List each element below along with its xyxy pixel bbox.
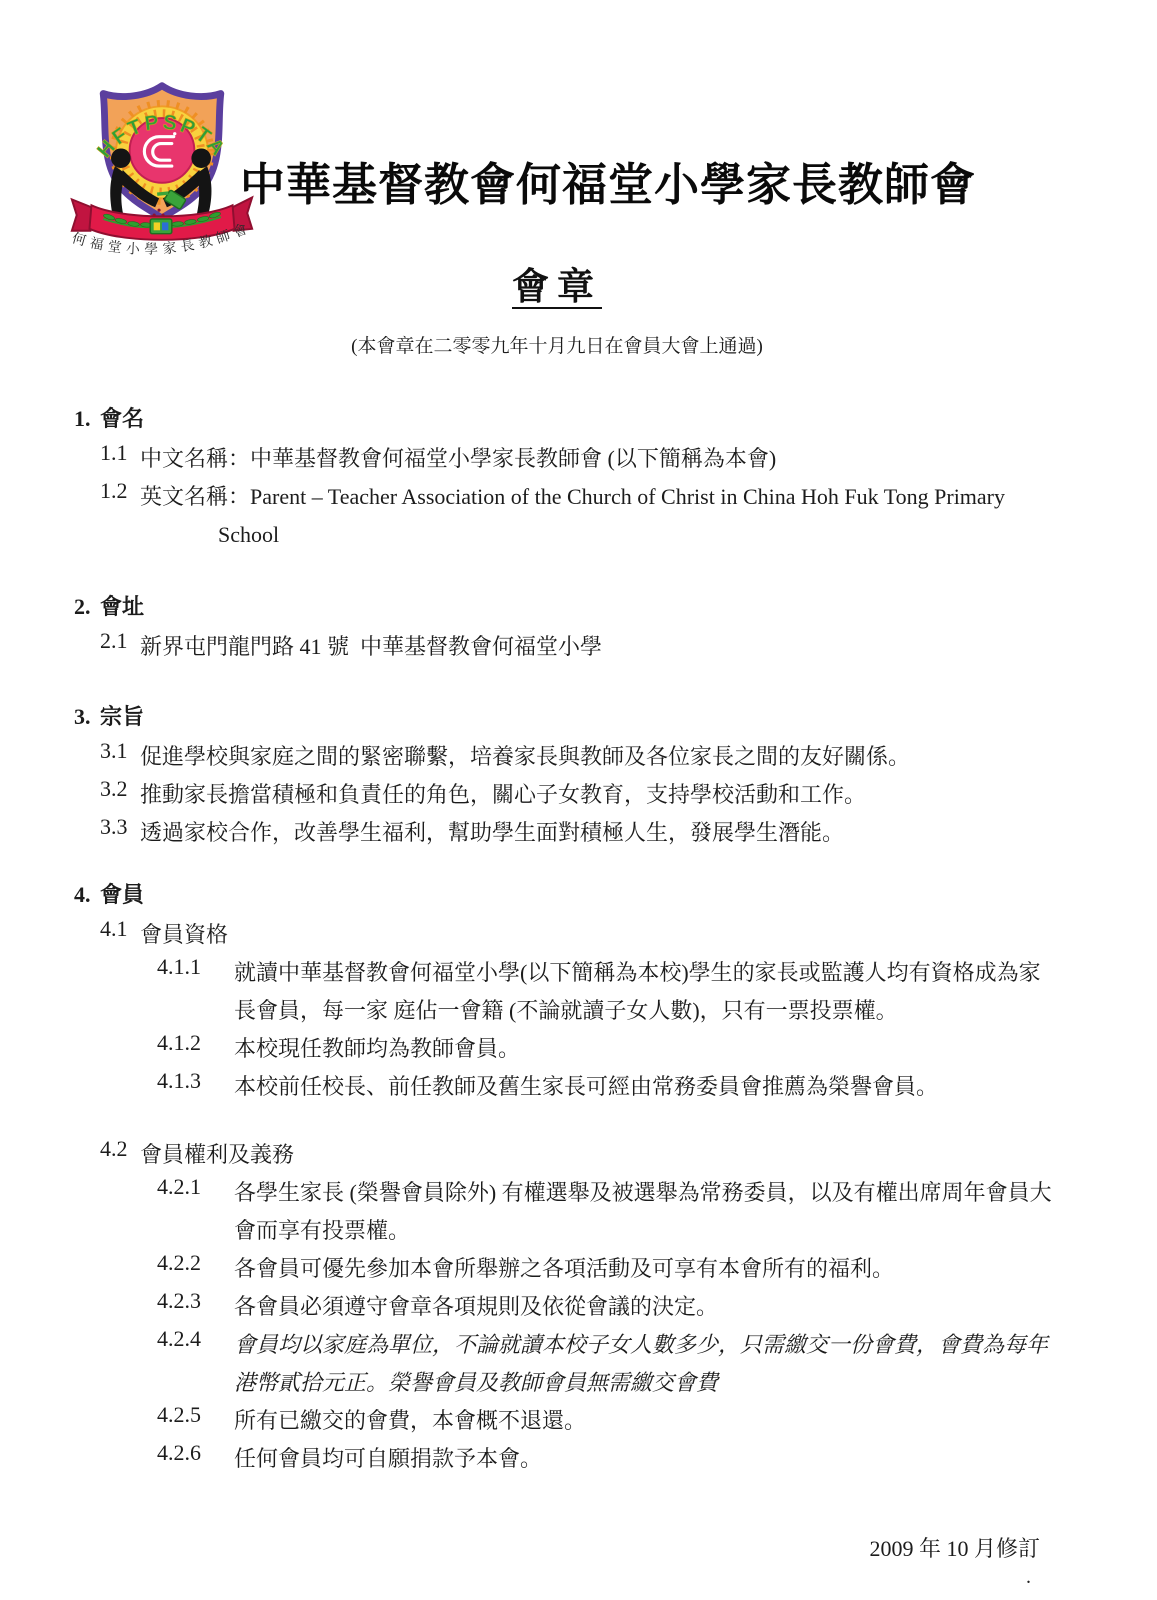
clause-4-2-3: 4.2.3 各會員必須遵守會章各項規則及依從會議的決定。 xyxy=(74,1288,1040,1326)
clause-text: 本校現任教師均為教師會員。 xyxy=(234,1030,1040,1068)
clause-number: 3.2 xyxy=(100,776,140,802)
organization-title: 中華基督教會何福堂小學家長教師會 xyxy=(240,148,1140,213)
clause-text: 各學生家長 (榮譽會員除外) 有權選舉及被選舉為常務委員，以及有權出席周年會員大… xyxy=(234,1174,1052,1250)
clause-3-3: 3.3 透過家校合作，改善學生福利，幫助學生面對積極人生，發展學生潛能。 xyxy=(74,814,1040,852)
clause-number: 4.2.6 xyxy=(157,1440,234,1466)
clause-number: 4.2.4 xyxy=(157,1326,234,1352)
clause-text: 推動家長擔當積極和負責任的角色，關心子女教育，支持學校活動和工作。 xyxy=(140,776,1040,814)
section-4: 4.會員 4.1 會員資格 4.1.1 就讀中華基督教會何福堂小學(以下簡稱為本… xyxy=(74,874,1040,1106)
section-1: 1.會名 1.1 中文名稱：中華基督教會何福堂小學家長教師會 (以下簡稱為本會)… xyxy=(74,398,1040,554)
clause-4-1-3: 4.1.3 本校前任校長、前任教師及舊生家長可經由常務委員會推薦為榮譽會員。 xyxy=(74,1068,1040,1106)
ribbon-buckle xyxy=(150,219,172,234)
clause-text: 會員資格 xyxy=(140,916,1040,954)
clause-number: 3.1 xyxy=(100,738,140,764)
clause-text: 就讀中華基督教會何福堂小學(以下簡稱為本校)學生的家長或監護人均有資格成為家 長… xyxy=(234,954,1041,1030)
clause-3-2: 3.2 推動家長擔當積極和負責任的角色，關心子女教育，支持學校活動和工作。 xyxy=(74,776,1040,814)
clause-text: 會員權利及義務 xyxy=(140,1136,1040,1174)
document-page: HFTPSPTA 何福堂小學家長教師會 中華基督教會何福堂小學家長教師會 會章 … xyxy=(0,0,1157,1600)
clause-text: 會員均以家庭為單位，不論就讀本校子女人數多少，只需繳交一份會費，會費為每年 港幣… xyxy=(234,1326,1048,1402)
revision-note: 2009 年 10 月修訂 xyxy=(74,1532,1040,1563)
section-heading: 3.宗旨 xyxy=(74,696,1040,738)
clause-number: 4.2 xyxy=(100,1136,140,1162)
section-number: 4. xyxy=(74,874,100,916)
section-3: 3.宗旨 3.1 促進學校與家庭之間的緊密聯繫，培養家長與教師及各位家長之間的友… xyxy=(74,696,1040,852)
subsection-4-2-heading: 4.2 會員權利及義務 xyxy=(74,1136,1040,1174)
clause-4-2-4: 4.2.4 會員均以家庭為單位，不論就讀本校子女人數多少，只需繳交一份會費，會費… xyxy=(74,1326,1040,1402)
clause-number: 4.2.1 xyxy=(157,1174,234,1200)
section-number: 3. xyxy=(74,696,100,738)
subsection-4-1-heading: 4.1 會員資格 xyxy=(74,916,1040,954)
clause-4-2-2: 4.2.2 各會員可優先參加本會所舉辦之各項活動及可享有本會所有的福利。 xyxy=(74,1250,1040,1288)
clause-1-1: 1.1 中文名稱：中華基督教會何福堂小學家長教師會 (以下簡稱為本會) xyxy=(74,440,1040,478)
section-title: 會名 xyxy=(100,406,144,431)
section-title: 會員 xyxy=(100,882,144,907)
clause-3-1: 3.1 促進學校與家庭之間的緊密聯繫，培養家長與教師及各位家長之間的友好關係。 xyxy=(74,738,1040,776)
clause-text: 促進學校與家庭之間的緊密聯繫，培養家長與教師及各位家長之間的友好關係。 xyxy=(140,738,1040,776)
clause-text: 本校前任校長、前任教師及舊生家長可經由常務委員會推薦為榮譽會員。 xyxy=(234,1068,1040,1106)
clause-4-1-2: 4.1.2 本校現任教師均為教師會員。 xyxy=(74,1030,1040,1068)
clause-text: 任何會員均可自願捐款予本會。 xyxy=(234,1440,1040,1478)
clause-number: 2.1 xyxy=(100,628,140,654)
clause-number: 1.1 xyxy=(100,440,140,466)
clause-text: 透過家校合作，改善學生福利，幫助學生面對積極人生，發展學生潛能。 xyxy=(140,814,1040,852)
clause-4-2-6: 4.2.6 任何會員均可自願捐款予本會。 xyxy=(74,1440,1040,1478)
section-title: 宗旨 xyxy=(100,704,144,729)
clause-text: 各會員可優先參加本會所舉辦之各項活動及可享有本會所有的福利。 xyxy=(234,1250,1040,1288)
school-crest-logo: HFTPSPTA 何福堂小學家長教師會 xyxy=(64,72,260,268)
clause-number: 4.1.3 xyxy=(157,1068,234,1094)
clause-text: 中文名稱：中華基督教會何福堂小學家長教師會 (以下簡稱為本會) xyxy=(140,440,1040,478)
subsection-4-2: 4.2 會員權利及義務 4.2.1 各學生家長 (榮譽會員除外) 有權選舉及被選… xyxy=(74,1136,1040,1478)
clause-number: 4.1 xyxy=(100,916,140,942)
section-heading: 4.會員 xyxy=(74,874,1040,916)
section-heading: 2.會址 xyxy=(74,586,1040,628)
clause-number: 3.3 xyxy=(100,814,140,840)
document-title: 會章 xyxy=(74,256,1040,310)
section-number: 2. xyxy=(74,586,100,628)
clause-4-2-1: 4.2.1 各學生家長 (榮譽會員除外) 有權選舉及被選舉為常務委員，以及有權出… xyxy=(74,1174,1040,1250)
adoption-note: (本會章在二零零九年十月九日在會員大會上通過) xyxy=(74,331,1040,358)
clause-number: 4.2.2 xyxy=(157,1250,234,1276)
clause-text: 英文名稱：Parent – Teacher Association of the… xyxy=(140,478,1040,554)
section-number: 1. xyxy=(74,398,100,440)
clause-text: 所有已繳交的會費，本會概不退還。 xyxy=(234,1402,1040,1440)
clause-number: 4.1.1 xyxy=(157,954,234,980)
clause-text: 新界屯門龍門路 41 號 中華基督教會何福堂小學 xyxy=(140,628,1040,666)
crest-svg: HFTPSPTA 何福堂小學家長教師會 xyxy=(64,72,260,268)
section-2: 2.會址 2.1 新界屯門龍門路 41 號 中華基督教會何福堂小學 xyxy=(74,586,1040,666)
clause-2-1: 2.1 新界屯門龍門路 41 號 中華基督教會何福堂小學 xyxy=(74,628,1040,666)
clause-4-2-5: 4.2.5 所有已繳交的會費，本會概不退還。 xyxy=(74,1402,1040,1440)
clause-4-1-1: 4.1.1 就讀中華基督教會何福堂小學(以下簡稱為本校)學生的家長或監護人均有資… xyxy=(74,954,1040,1030)
section-heading: 1.會名 xyxy=(74,398,1040,440)
clause-number: 4.2.3 xyxy=(157,1288,234,1314)
section-title: 會址 xyxy=(100,594,144,619)
clause-number: 4.2.5 xyxy=(157,1402,234,1428)
clause-text: 各會員必須遵守會章各項規則及依從會議的決定。 xyxy=(234,1288,1040,1326)
stray-period-mark: . xyxy=(1026,1566,1031,1589)
clause-1-2: 1.2 英文名稱：Parent – Teacher Association of… xyxy=(74,478,1040,554)
clause-number: 1.2 xyxy=(100,478,140,504)
clause-number: 4.1.2 xyxy=(157,1030,234,1056)
